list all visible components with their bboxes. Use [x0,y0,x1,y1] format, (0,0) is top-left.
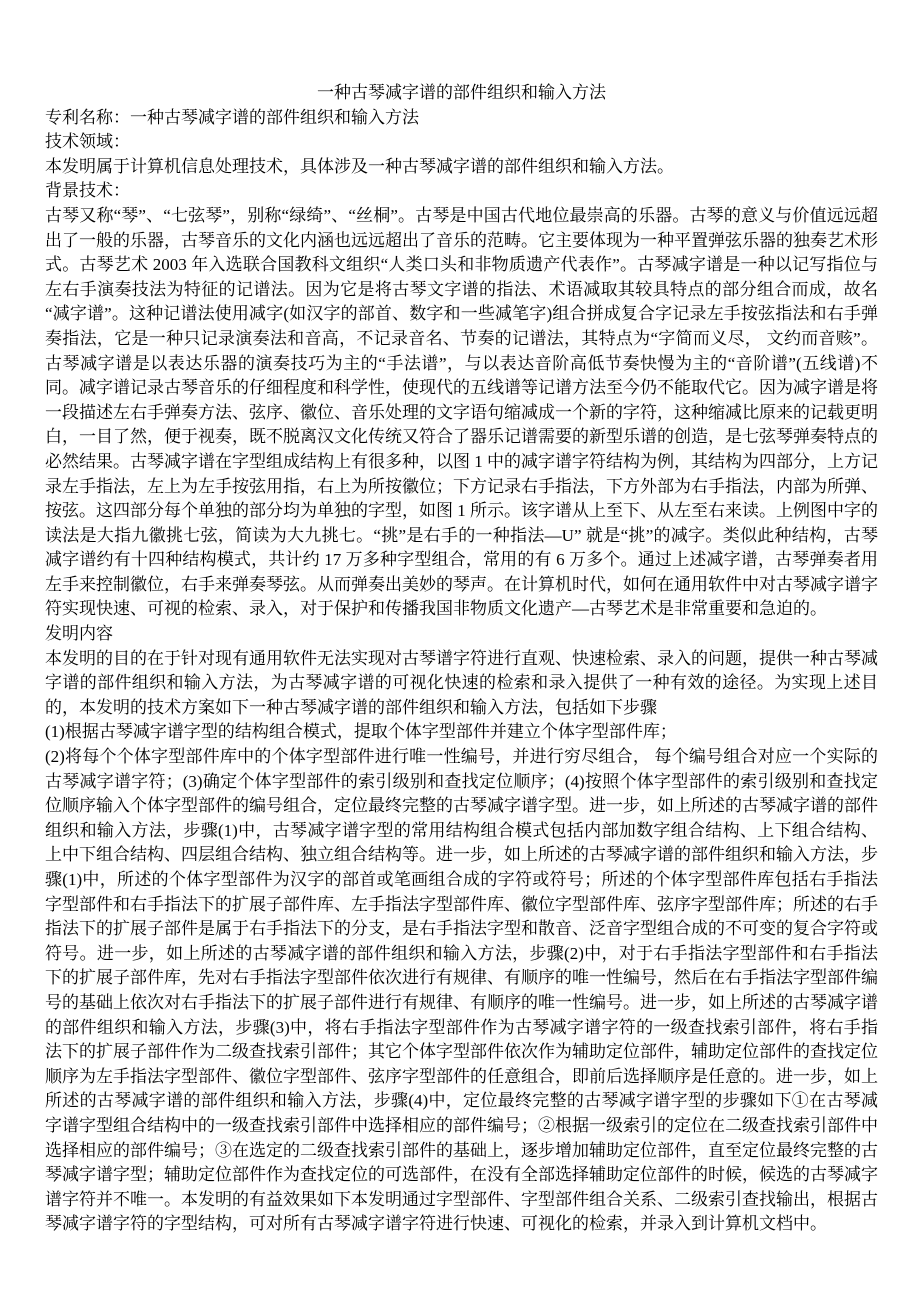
paragraph-step-1: (1)根据古琴减字谱字型的结构组合模式，提取个体字型部件并建立个体字型部件库； [45,720,878,745]
paragraph-background: 古琴又称“琴”、“七弦琴”，别称“绿绮”、“丝桐”。古琴是中国古代地位最崇高的乐… [45,204,878,622]
patent-document: 一种古琴减字谱的部件组织和输入方法 专利名称：一种古琴减字谱的部件组织和输入方法… [45,81,878,1237]
document-title: 一种古琴减字谱的部件组织和输入方法 [45,81,878,106]
paragraph-invention-purpose: 本发明的目的在于针对现有通用软件无法实现对古琴谱字符进行直观、快速检索、录入的问… [45,647,878,721]
paragraph-steps-and-details: (2)将每个个体字型部件库中的个体字型部件进行唯一性编号，并进行穷尽组合， 每个… [45,745,878,1237]
paragraph-technical-field: 本发明属于计算机信息处理技术，具体涉及一种古琴减字谱的部件组织和输入方法。 [45,155,878,180]
section-heading-background: 背景技术： [45,179,878,204]
patent-name-line: 专利名称：一种古琴减字谱的部件组织和输入方法 [45,106,878,131]
section-heading-invention-content: 发明内容 [45,622,878,647]
section-heading-technical-field: 技术领域： [45,130,878,155]
